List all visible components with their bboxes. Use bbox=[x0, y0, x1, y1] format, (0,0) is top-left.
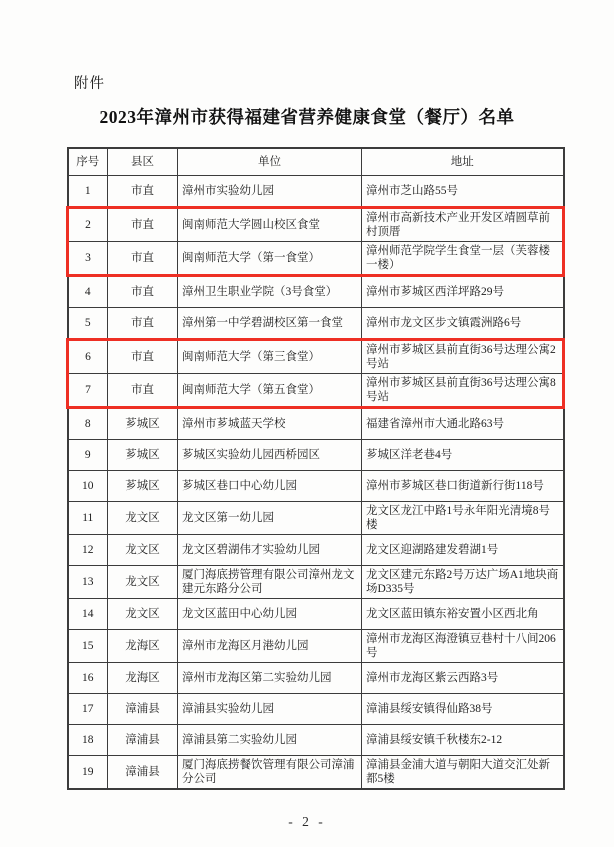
table-row: 8芗城区漳州市芗城蓝天学校福建省漳州市大通北路63号 bbox=[68, 408, 564, 440]
row-district: 芗城区 bbox=[108, 471, 178, 502]
row-seq: 9 bbox=[68, 440, 108, 471]
col-header-address: 地址 bbox=[362, 148, 564, 176]
row-district: 芗城区 bbox=[108, 408, 178, 440]
row-address: 龙文区建元东路2号万达广场A1地块商场D335号 bbox=[362, 566, 564, 599]
row-seq: 15 bbox=[68, 630, 108, 663]
row-district: 漳浦县 bbox=[108, 694, 178, 725]
row-address: 漳浦县金浦大道与朝阳大道交汇处新都5楼 bbox=[362, 756, 564, 790]
row-unit: 漳州市龙海区第二实验幼儿园 bbox=[178, 663, 362, 694]
row-unit: 龙文区蓝田中心幼儿园 bbox=[178, 599, 362, 630]
row-seq: 1 bbox=[68, 176, 108, 208]
row-address: 龙文区蓝田镇东裕安置小区西北角 bbox=[362, 599, 564, 630]
row-address: 福建省漳州市大通北路63号 bbox=[362, 408, 564, 440]
row-district: 市直 bbox=[108, 176, 178, 208]
row-unit: 漳州市龙海区月港幼儿园 bbox=[178, 630, 362, 663]
row-seq: 2 bbox=[68, 208, 108, 242]
row-district: 龙文区 bbox=[108, 566, 178, 599]
row-seq: 19 bbox=[68, 756, 108, 790]
row-unit: 龙文区第一幼儿园 bbox=[178, 502, 362, 535]
table-row: 6市直闽南师范大学（第三食堂）漳州市芗城区县前直街36号达理公寓2号站 bbox=[68, 340, 564, 374]
row-address: 漳州市龙文区步文镇霞洲路6号 bbox=[362, 308, 564, 340]
row-unit: 漳州市芗城蓝天学校 bbox=[178, 408, 362, 440]
row-address: 漳浦县绥安镇得仙路38号 bbox=[362, 694, 564, 725]
table-row: 9芗城区芗城区实验幼儿园西桥园区芗城区洋老巷4号 bbox=[68, 440, 564, 471]
row-address: 漳州市龙海区海澄镇豆巷村十八间206号 bbox=[362, 630, 564, 663]
row-seq: 4 bbox=[68, 276, 108, 308]
row-address: 漳州市芗城区县前直街36号达理公寓2号站 bbox=[362, 340, 564, 374]
table-row: 1市直漳州市实验幼儿园漳州市芝山路55号 bbox=[68, 176, 564, 208]
table-row: 17漳浦县漳浦县实验幼儿园漳浦县绥安镇得仙路38号 bbox=[68, 694, 564, 725]
row-district: 龙文区 bbox=[108, 502, 178, 535]
row-seq: 18 bbox=[68, 725, 108, 756]
table-row: 12龙文区龙文区碧湖伟才实验幼儿园龙文区迎湖路建发碧湖1号 bbox=[68, 535, 564, 566]
row-unit: 厦门海底捞管理有限公司漳州龙文建元东路分公司 bbox=[178, 566, 362, 599]
row-address: 漳州师范学院学生食堂一层（芙蓉楼一楼） bbox=[362, 242, 564, 276]
row-seq: 12 bbox=[68, 535, 108, 566]
row-address: 漳州市芗城区县前直街36号达理公寓8号站 bbox=[362, 374, 564, 408]
col-header-seq: 序号 bbox=[68, 148, 108, 176]
row-unit: 漳州卫生职业学院（3号食堂） bbox=[178, 276, 362, 308]
row-address: 漳浦县绥安镇千秋楼东2-12 bbox=[362, 725, 564, 756]
col-header-unit: 单位 bbox=[178, 148, 362, 176]
row-seq: 8 bbox=[68, 408, 108, 440]
row-district: 龙海区 bbox=[108, 630, 178, 663]
row-district: 芗城区 bbox=[108, 440, 178, 471]
table-row: 13龙文区厦门海底捞管理有限公司漳州龙文建元东路分公司龙文区建元东路2号万达广场… bbox=[68, 566, 564, 599]
row-seq: 6 bbox=[68, 340, 108, 374]
row-district: 漳浦县 bbox=[108, 756, 178, 790]
row-unit: 漳浦县第二实验幼儿园 bbox=[178, 725, 362, 756]
row-unit: 漳州第一中学碧湖校区第一食堂 bbox=[178, 308, 362, 340]
row-seq: 11 bbox=[68, 502, 108, 535]
row-address: 龙文区迎湖路建发碧湖1号 bbox=[362, 535, 564, 566]
row-address: 龙文区龙江中路1号永年阳光清境8号楼 bbox=[362, 502, 564, 535]
table-row: 10芗城区芗城区巷口中心幼儿园漳州市芗城区巷口街道新行街118号 bbox=[68, 471, 564, 502]
row-address: 漳州市芝山路55号 bbox=[362, 176, 564, 208]
row-unit: 闽南师范大学（第三食堂） bbox=[178, 340, 362, 374]
row-address: 漳州市高新技术产业开发区靖圆草前村顶厝 bbox=[362, 208, 564, 242]
table-row: 15龙海区漳州市龙海区月港幼儿园漳州市龙海区海澄镇豆巷村十八间206号 bbox=[68, 630, 564, 663]
attachment-label: 附件 bbox=[74, 72, 105, 93]
document-page: 附件 2023年漳州市获得福建省营养健康食堂（餐厅）名单 序号 县区 单位 地址… bbox=[0, 0, 614, 847]
table-row: 16龙海区漳州市龙海区第二实验幼儿园漳州市龙海区紫云西路3号 bbox=[68, 663, 564, 694]
row-address: 芗城区洋老巷4号 bbox=[362, 440, 564, 471]
table-row: 3市直闽南师范大学（第一食堂）漳州师范学院学生食堂一层（芙蓉楼一楼） bbox=[68, 242, 564, 276]
table-row: 19漳浦县厦门海底捞餐饮管理有限公司漳浦分公司漳浦县金浦大道与朝阳大道交汇处新都… bbox=[68, 756, 564, 790]
row-unit: 漳浦县实验幼儿园 bbox=[178, 694, 362, 725]
canteen-table: 序号 县区 单位 地址 1市直漳州市实验幼儿园漳州市芝山路55号2市直闽南师范大… bbox=[66, 147, 565, 790]
row-unit: 芗城区实验幼儿园西桥园区 bbox=[178, 440, 362, 471]
row-seq: 10 bbox=[68, 471, 108, 502]
table-row: 14龙文区龙文区蓝田中心幼儿园龙文区蓝田镇东裕安置小区西北角 bbox=[68, 599, 564, 630]
table-row: 7市直闽南师范大学（第五食堂）漳州市芗城区县前直街36号达理公寓8号站 bbox=[68, 374, 564, 408]
row-district: 市直 bbox=[108, 340, 178, 374]
row-district: 龙文区 bbox=[108, 535, 178, 566]
row-unit: 芗城区巷口中心幼儿园 bbox=[178, 471, 362, 502]
row-address: 漳州市芗城区巷口街道新行街118号 bbox=[362, 471, 564, 502]
row-unit: 闽南师范大学圆山校区食堂 bbox=[178, 208, 362, 242]
row-seq: 14 bbox=[68, 599, 108, 630]
row-district: 市直 bbox=[108, 308, 178, 340]
row-seq: 17 bbox=[68, 694, 108, 725]
row-seq: 7 bbox=[68, 374, 108, 408]
table-row: 18漳浦县漳浦县第二实验幼儿园漳浦县绥安镇千秋楼东2-12 bbox=[68, 725, 564, 756]
row-address: 漳州市龙海区紫云西路3号 bbox=[362, 663, 564, 694]
row-district: 龙海区 bbox=[108, 663, 178, 694]
table-header-row: 序号 县区 单位 地址 bbox=[68, 148, 564, 176]
row-district: 市直 bbox=[108, 374, 178, 408]
row-unit: 闽南师范大学（第五食堂） bbox=[178, 374, 362, 408]
canteen-table-body: 1市直漳州市实验幼儿园漳州市芝山路55号2市直闽南师范大学圆山校区食堂漳州市高新… bbox=[68, 176, 564, 790]
row-district: 市直 bbox=[108, 276, 178, 308]
table-row: 11龙文区龙文区第一幼儿园龙文区龙江中路1号永年阳光清境8号楼 bbox=[68, 502, 564, 535]
row-district: 漳浦县 bbox=[108, 725, 178, 756]
page-number: - 2 - bbox=[0, 814, 614, 830]
row-district: 市直 bbox=[108, 242, 178, 276]
row-seq: 16 bbox=[68, 663, 108, 694]
row-seq: 13 bbox=[68, 566, 108, 599]
table-row: 2市直闽南师范大学圆山校区食堂漳州市高新技术产业开发区靖圆草前村顶厝 bbox=[68, 208, 564, 242]
row-unit: 厦门海底捞餐饮管理有限公司漳浦分公司 bbox=[178, 756, 362, 790]
row-seq: 3 bbox=[68, 242, 108, 276]
row-address: 漳州市芗城区西洋坪路29号 bbox=[362, 276, 564, 308]
row-unit: 漳州市实验幼儿园 bbox=[178, 176, 362, 208]
row-unit: 龙文区碧湖伟才实验幼儿园 bbox=[178, 535, 362, 566]
row-seq: 5 bbox=[68, 308, 108, 340]
table-row: 4市直漳州卫生职业学院（3号食堂）漳州市芗城区西洋坪路29号 bbox=[68, 276, 564, 308]
row-unit: 闽南师范大学（第一食堂） bbox=[178, 242, 362, 276]
row-district: 龙文区 bbox=[108, 599, 178, 630]
page-title: 2023年漳州市获得福建省营养健康食堂（餐厅）名单 bbox=[0, 104, 614, 129]
table-row: 5市直漳州第一中学碧湖校区第一食堂漳州市龙文区步文镇霞洲路6号 bbox=[68, 308, 564, 340]
row-district: 市直 bbox=[108, 208, 178, 242]
col-header-district: 县区 bbox=[108, 148, 178, 176]
